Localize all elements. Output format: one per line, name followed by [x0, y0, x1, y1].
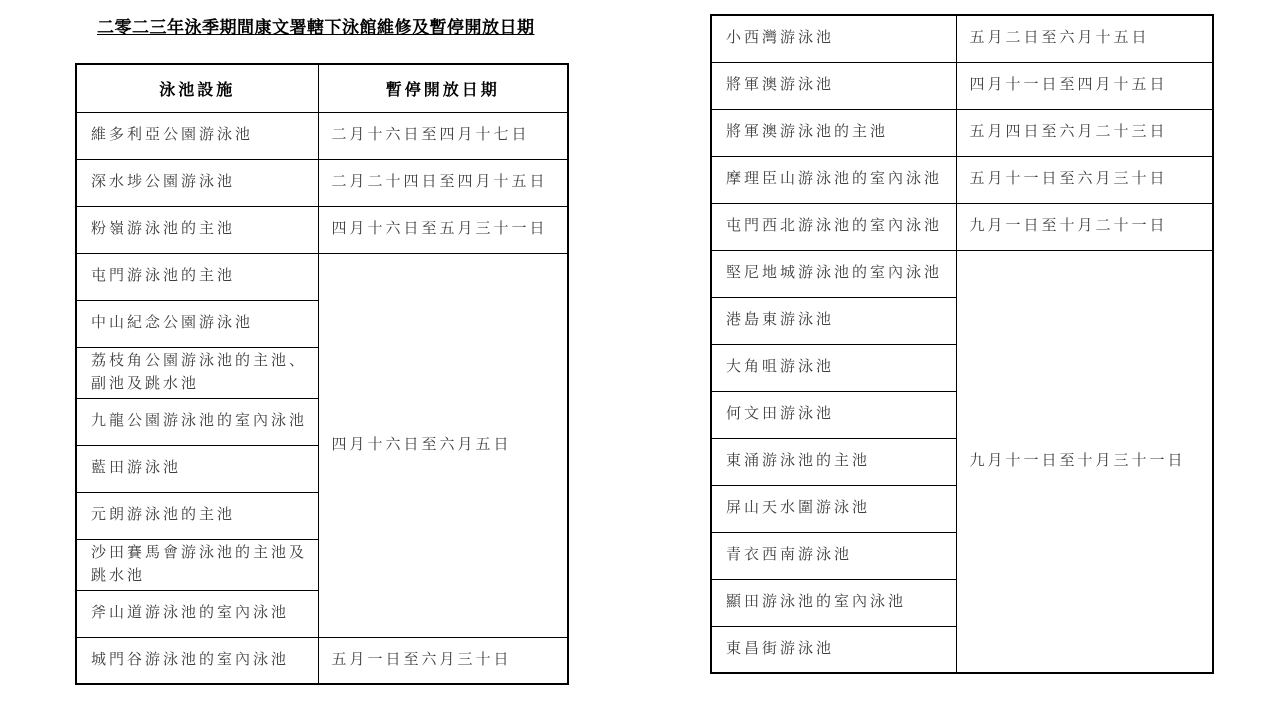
right-table-row-3: 將軍澳游泳池的主池五月四日至六月二十三日 [711, 109, 1213, 156]
left-table-row-4: 屯門游泳池的主池四月十六日至六月五日 [76, 253, 568, 300]
facility-cell: 大角咀游泳池 [711, 344, 956, 391]
facility-cell: 摩理臣山游泳池的室內泳池 [711, 156, 956, 203]
closure-date-cell: 二月二十四日至四月十五日 [318, 159, 568, 206]
facility-cell: 小西灣游泳池 [711, 15, 956, 62]
facility-cell: 城門谷游泳池的室內泳池 [76, 637, 318, 684]
facility-cell: 何文田游泳池 [711, 391, 956, 438]
facility-cell: 堅尼地城游泳池的室內泳池 [711, 250, 956, 297]
left-table-row-3: 粉嶺游泳池的主池四月十六日至五月三十一日 [76, 206, 568, 253]
left-table-row-1: 維多利亞公園游泳池二月十六日至四月十七日 [76, 112, 568, 159]
left-table-header-row: 泳池設施暫停開放日期 [76, 64, 568, 112]
closure-date-column-header: 暫停開放日期 [318, 64, 568, 112]
facility-cell: 屯門西北游泳池的室內泳池 [711, 203, 956, 250]
closure-date-cell: 四月十一日至四月十五日 [956, 62, 1213, 109]
closure-date-cell: 九月一日至十月二十一日 [956, 203, 1213, 250]
facility-cell: 維多利亞公園游泳池 [76, 112, 318, 159]
closure-date-cell: 四月十六日至六月五日 [318, 253, 568, 637]
facility-cell: 將軍澳游泳池的主池 [711, 109, 956, 156]
closure-date-cell: 五月一日至六月三十日 [318, 637, 568, 684]
facility-cell: 屏山天水圍游泳池 [711, 485, 956, 532]
right-table-body: 小西灣游泳池五月二日至六月十五日將軍澳游泳池四月十一日至四月十五日將軍澳游泳池的… [711, 15, 1213, 673]
page-title: 二零二三年泳季期間康文署轄下泳館維修及暫停開放日期 [97, 13, 535, 38]
facility-cell: 九龍公園游泳池的室內泳池 [76, 398, 318, 445]
pool-closure-table-left: 泳池設施暫停開放日期維多利亞公園游泳池二月十六日至四月十七日深水埗公園游泳池二月… [75, 63, 569, 685]
facility-cell: 東昌街游泳池 [711, 626, 956, 673]
facility-cell: 元朗游泳池的主池 [76, 492, 318, 539]
left-table-row-12: 城門谷游泳池的室內泳池五月一日至六月三十日 [76, 637, 568, 684]
facility-cell: 顯田游泳池的室內泳池 [711, 579, 956, 626]
pool-closure-table-right: 小西灣游泳池五月二日至六月十五日將軍澳游泳池四月十一日至四月十五日將軍澳游泳池的… [710, 14, 1214, 674]
right-table-row-2: 將軍澳游泳池四月十一日至四月十五日 [711, 62, 1213, 109]
right-table-row-5: 屯門西北游泳池的室內泳池九月一日至十月二十一日 [711, 203, 1213, 250]
facility-cell: 藍田游泳池 [76, 445, 318, 492]
closure-date-cell: 二月十六日至四月十七日 [318, 112, 568, 159]
facility-cell: 沙田賽馬會游泳池的主池及跳水池 [76, 539, 318, 590]
right-table-row-1: 小西灣游泳池五月二日至六月十五日 [711, 15, 1213, 62]
facility-cell: 青衣西南游泳池 [711, 532, 956, 579]
closure-date-cell: 五月二日至六月十五日 [956, 15, 1213, 62]
left-table-row-2: 深水埗公園游泳池二月二十四日至四月十五日 [76, 159, 568, 206]
facility-cell: 荔枝角公園游泳池的主池、副池及跳水池 [76, 347, 318, 398]
closure-date-cell: 四月十六日至五月三十一日 [318, 206, 568, 253]
facility-cell: 屯門游泳池的主池 [76, 253, 318, 300]
pool-facility-column-header: 泳池設施 [76, 64, 318, 112]
facility-cell: 港島東游泳池 [711, 297, 956, 344]
facility-cell: 中山紀念公園游泳池 [76, 300, 318, 347]
left-table-body: 泳池設施暫停開放日期維多利亞公園游泳池二月十六日至四月十七日深水埗公園游泳池二月… [76, 64, 568, 684]
facility-cell: 深水埗公園游泳池 [76, 159, 318, 206]
facility-cell: 東涌游泳池的主池 [711, 438, 956, 485]
document-page: 二零二三年泳季期間康文署轄下泳館維修及暫停開放日期 泳池設施暫停開放日期維多利亞… [0, 0, 1280, 720]
right-table-row-6: 堅尼地城游泳池的室內泳池九月十一日至十月三十一日 [711, 250, 1213, 297]
facility-cell: 斧山道游泳池的室內泳池 [76, 590, 318, 637]
facility-cell: 粉嶺游泳池的主池 [76, 206, 318, 253]
closure-date-cell: 五月四日至六月二十三日 [956, 109, 1213, 156]
closure-date-cell: 五月十一日至六月三十日 [956, 156, 1213, 203]
right-table-row-4: 摩理臣山游泳池的室內泳池五月十一日至六月三十日 [711, 156, 1213, 203]
facility-cell: 將軍澳游泳池 [711, 62, 956, 109]
closure-date-cell: 九月十一日至十月三十一日 [956, 250, 1213, 673]
